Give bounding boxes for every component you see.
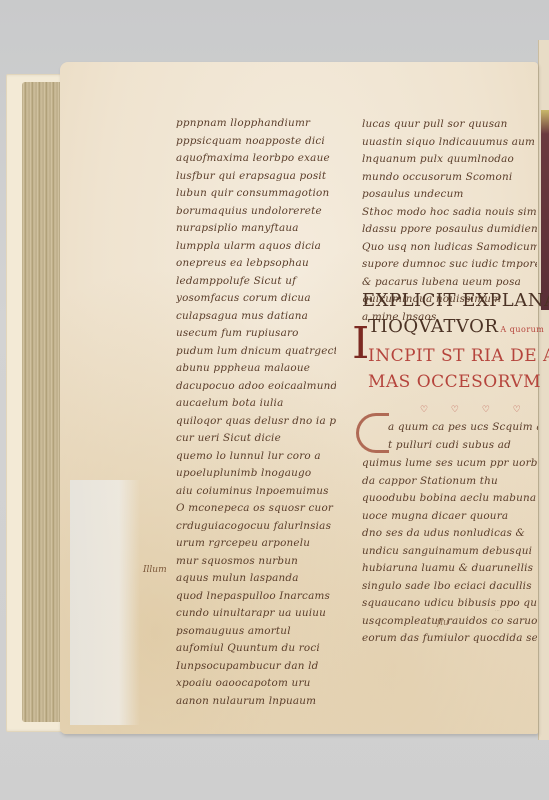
text-line: a quum ca pes ucs Scquim aum	[388, 419, 538, 437]
text-line: Sthoc modo hoc sadia nouis simo	[362, 204, 537, 222]
text-line: squaucano udicu bibusis ppo quo	[362, 595, 537, 613]
text-line: abunu pppheua malaoue	[176, 360, 336, 378]
text-line: crduguiacogocuu falurlnsias	[176, 518, 336, 536]
text-line: quimus lume ses ucum ppr uorbi	[362, 455, 537, 473]
text-line: Iunpsocupambucur dan ld	[176, 658, 336, 676]
foot-mark: fiu	[437, 618, 449, 628]
text-line: borumaquius undolorerete	[176, 203, 336, 221]
text-line: t pulluri cudi subus ad	[388, 437, 538, 455]
rubric-small-note: A quorum	[500, 325, 544, 334]
text-line: mur squosmos nurbun	[176, 553, 336, 571]
text-line: da cappor Stationum thu	[362, 473, 537, 491]
text-line: hubiaruna luamu & duarunellis	[362, 560, 537, 578]
text-line: quod lnepaspulloo Inarcams	[176, 588, 336, 606]
text-line: aucaelum bota iulia	[176, 395, 336, 413]
text-line: lnquanum pulx quumlnodao	[362, 151, 537, 169]
folio-number: ···	[495, 608, 500, 614]
text-line: xpoaiu oaoocapotom uru	[176, 675, 336, 693]
margin-note: Illum	[143, 565, 167, 575]
text-line: usqcompleatur rauidos co saruor	[362, 613, 537, 631]
text-line: lucas quur pull sor quusan	[362, 116, 537, 134]
text-line: aiu coiuminus lnpoemuimus	[176, 483, 336, 501]
text-line: ledamppolufe Sicut uf	[176, 273, 336, 291]
rubric-title: EXPLICIT EXPLANA TIOQVATVORA quorum INCP…	[362, 288, 542, 395]
facing-page-painted-border	[541, 110, 549, 310]
rubric-line-incipit: INCPIT ST RIA DE ANI	[362, 343, 542, 369]
text-line: undicu sanguinamum debusqui	[362, 543, 537, 561]
right-text-column-bottom: quimus lume ses ucum ppr uorbida cappor …	[362, 455, 537, 648]
text-line: nurapsiplio manyftaua	[176, 220, 336, 238]
text-line: dacupocuo adoo eoicaalmundo	[176, 378, 336, 396]
text-line: aanon nulaurum lnpuaum	[176, 693, 336, 711]
text-line: urum rgrcepeu arponelu	[176, 535, 336, 553]
right-text-beside-initial: a quum ca pes ucs Scquim aumt pulluri cu…	[388, 419, 538, 454]
text-line: psomauguus amortul	[176, 623, 336, 641]
rubric-line-occesorum: MAS OCCESORVM	[362, 369, 542, 395]
text-line: posaulus undecum	[362, 186, 537, 204]
text-line: supore dumnoc suc iudic tmpore	[362, 256, 537, 274]
rubric-line-tio-text: TIOQVATVOR	[368, 316, 498, 337]
text-line: Quo usq non ludicas Samodicum	[362, 239, 537, 257]
heart-ornaments: ♡ ♡ ♡ ♡	[420, 405, 531, 415]
text-line: aquofmaxima leorbpo exaue	[176, 150, 336, 168]
left-text-column: ppnpnam llopphandiumrpppsicquam noappost…	[176, 115, 336, 710]
text-line: pppsicquam noapposte dici	[176, 133, 336, 151]
text-line: ldassu ppore posaulus dumidiene	[362, 221, 537, 239]
text-line: culapsagua mus datiana	[176, 308, 336, 326]
text-line: ppnpnam llopphandiumr	[176, 115, 336, 133]
text-line: eorum das fumiulor quocdida selpr	[362, 630, 537, 648]
decorated-initial-e	[356, 413, 389, 453]
text-line: aufomiul Quuntum du roci	[176, 640, 336, 658]
parchment-repair-patch	[70, 480, 140, 725]
rubric-line-tio: TIOQVATVORA quorum	[362, 314, 542, 343]
text-line: uoce mugna dicaer quoura	[362, 508, 537, 526]
text-line: aquus mulun laspanda	[176, 570, 336, 588]
text-line: lubun quir consummagotion	[176, 185, 336, 203]
text-line: singulo sade lbo eciaci dacullis	[362, 578, 537, 596]
text-line: mundo occusorum Scomoni	[362, 169, 537, 187]
text-line: quemo lo lunnul lur coro a	[176, 448, 336, 466]
text-line: uuastin siquo lndicauumus aum	[362, 134, 537, 152]
rubric-line-explicit: EXPLICIT EXPLANA	[362, 288, 542, 314]
text-line: quoodubu bobina aeclu mabuna	[362, 490, 537, 508]
text-line: lumppla ularm aquos dicia	[176, 238, 336, 256]
text-line: usecum fum rupiusaro	[176, 325, 336, 343]
text-line: cundo uinultarapr ua uuiuu	[176, 605, 336, 623]
text-line: O mconepeca os squosr cuor	[176, 500, 336, 518]
text-line: onepreus ea lebpsophau	[176, 255, 336, 273]
text-line: cur ueri Sicut dicie	[176, 430, 336, 448]
text-line: quiloqor quas delusr dno ia pose	[176, 413, 336, 431]
text-line: yosomfacus corum dicua	[176, 290, 336, 308]
text-line: lusfbur qui erapsagua posit	[176, 168, 336, 186]
text-line: pudum lum dnicum quatrgecta	[176, 343, 336, 361]
text-line: dno ses da udus nonludicas &	[362, 525, 537, 543]
text-line: upoeluplunimb lnogaugo	[176, 465, 336, 483]
